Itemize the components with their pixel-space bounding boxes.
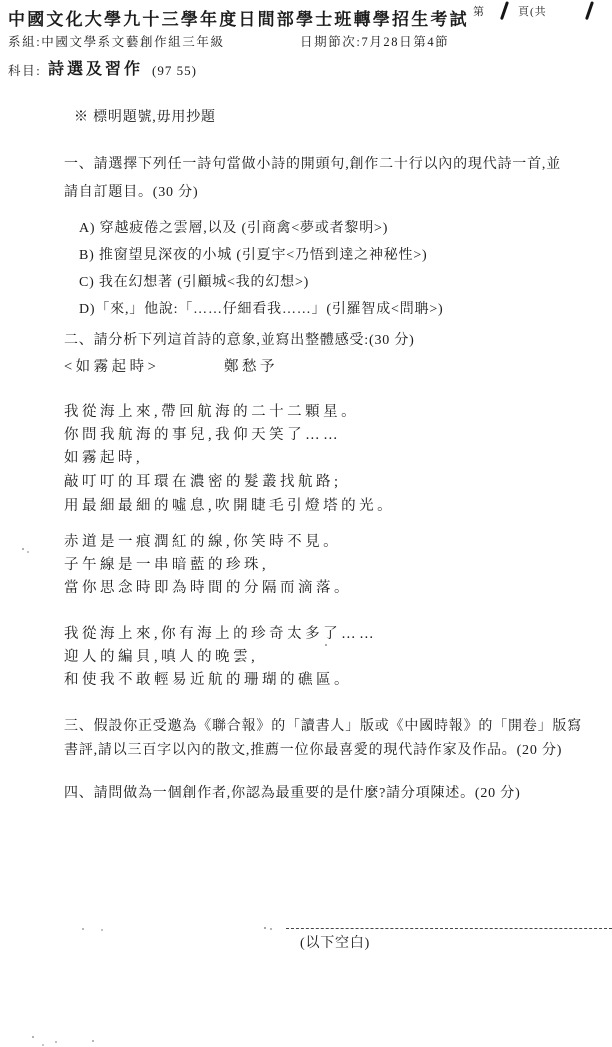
poem-line: 用最細最細的噓息,吹開睫毛引燈塔的光。 [64, 498, 395, 515]
q1-option-c: C) 我在幻想著 (引顧城<我的幻想>) [79, 275, 309, 292]
exam-scan-page: 中國文化大學九十三學年度日間部學士班轉學招生考試 第 頁(共 系組:中國文學系文… [0, 0, 612, 1047]
page-number-middle: 頁(共 [518, 6, 547, 19]
exam-title: 中國文化大學九十三學年度日間部學士班轉學招生考試 [8, 10, 469, 30]
footer-dashed-divider [286, 928, 612, 929]
poet-name: 鄭愁予 [224, 359, 278, 376]
poem-line: 和使我不敢輕易近航的珊瑚的礁區。 [64, 672, 352, 689]
poem-line: 敲叮叮的耳環在濃密的髮叢找航路; [64, 474, 342, 491]
poem-line: 子午線是一串暗藍的珍珠, [64, 557, 269, 574]
q1-text-line2: 請自訂題目。(30 分) [64, 185, 198, 202]
q3-text-line2: 書評,請以三百字以內的散文,推薦一位你最喜愛的現代詩作家及作品。(20 分) [64, 743, 562, 760]
handwritten-page-number [500, 1, 509, 20]
q4-prompt: 四、請問做為一個創作者,你認為最重要的是什麼?請分項陳述。(20 分) [64, 786, 521, 803]
q1-option-a: A) 穿越疲倦之雲層,以及 (引商禽<夢或者黎明>) [79, 221, 388, 238]
q3-text-line1: 三、假設你正受邀為《聯合報》的「讀書人」版或《中國時報》的「開卷」版寫 [64, 719, 582, 736]
poem-line: 我從海上來,你有海上的珍奇太多了…… [64, 626, 377, 643]
page-number-prefix: 第 [473, 6, 485, 19]
poem-line: 當你思念時即為時間的分隔而滴落。 [64, 580, 352, 597]
subject-name: 詩選及習作 [48, 60, 143, 79]
poem-line: 如霧起時, [64, 450, 143, 467]
notice-line: ※ 標明題號,毋用抄題 [74, 110, 216, 127]
poem-line: 迎人的編貝,嗔人的晚雲, [64, 649, 258, 666]
poem-line: 我從海上來,帶回航海的二十二顆星。 [64, 404, 359, 421]
subject-label: 科目: [8, 64, 41, 79]
poem-title: <如霧起時> [64, 359, 159, 376]
q1-text-line1: 一、請選擇下列任一詩句當做小詩的開頭句,創作二十行以內的現代詩一首,並 [64, 157, 561, 174]
subject-code: (97 55) [152, 63, 197, 79]
q2-prompt: 二、請分析下列這首詩的意象,並寫出整體感受:(30 分) [64, 333, 415, 350]
dept-line: 系組:中國文學系文藝創作組三年級 [8, 35, 225, 50]
scan-noise-dots [0, 0, 2, 2]
q1-option-d: D)「來,」他說:「……仔細看我……」(引羅智成<問聃>) [79, 302, 443, 319]
poem-line: 你問我航海的事兒,我仰天笑了…… [64, 427, 341, 444]
blank-below-note: (以下空白) [300, 936, 370, 953]
poem-line: 赤道是一痕潤紅的線,你笑時不見。 [64, 534, 341, 551]
handwritten-total-pages [585, 1, 594, 20]
q1-option-b: B) 推窗望見深夜的小城 (引夏宇<乃悟到達之神秘性>) [79, 248, 428, 265]
schedule-line: 日期節次:7月28日第4節 [300, 35, 449, 50]
